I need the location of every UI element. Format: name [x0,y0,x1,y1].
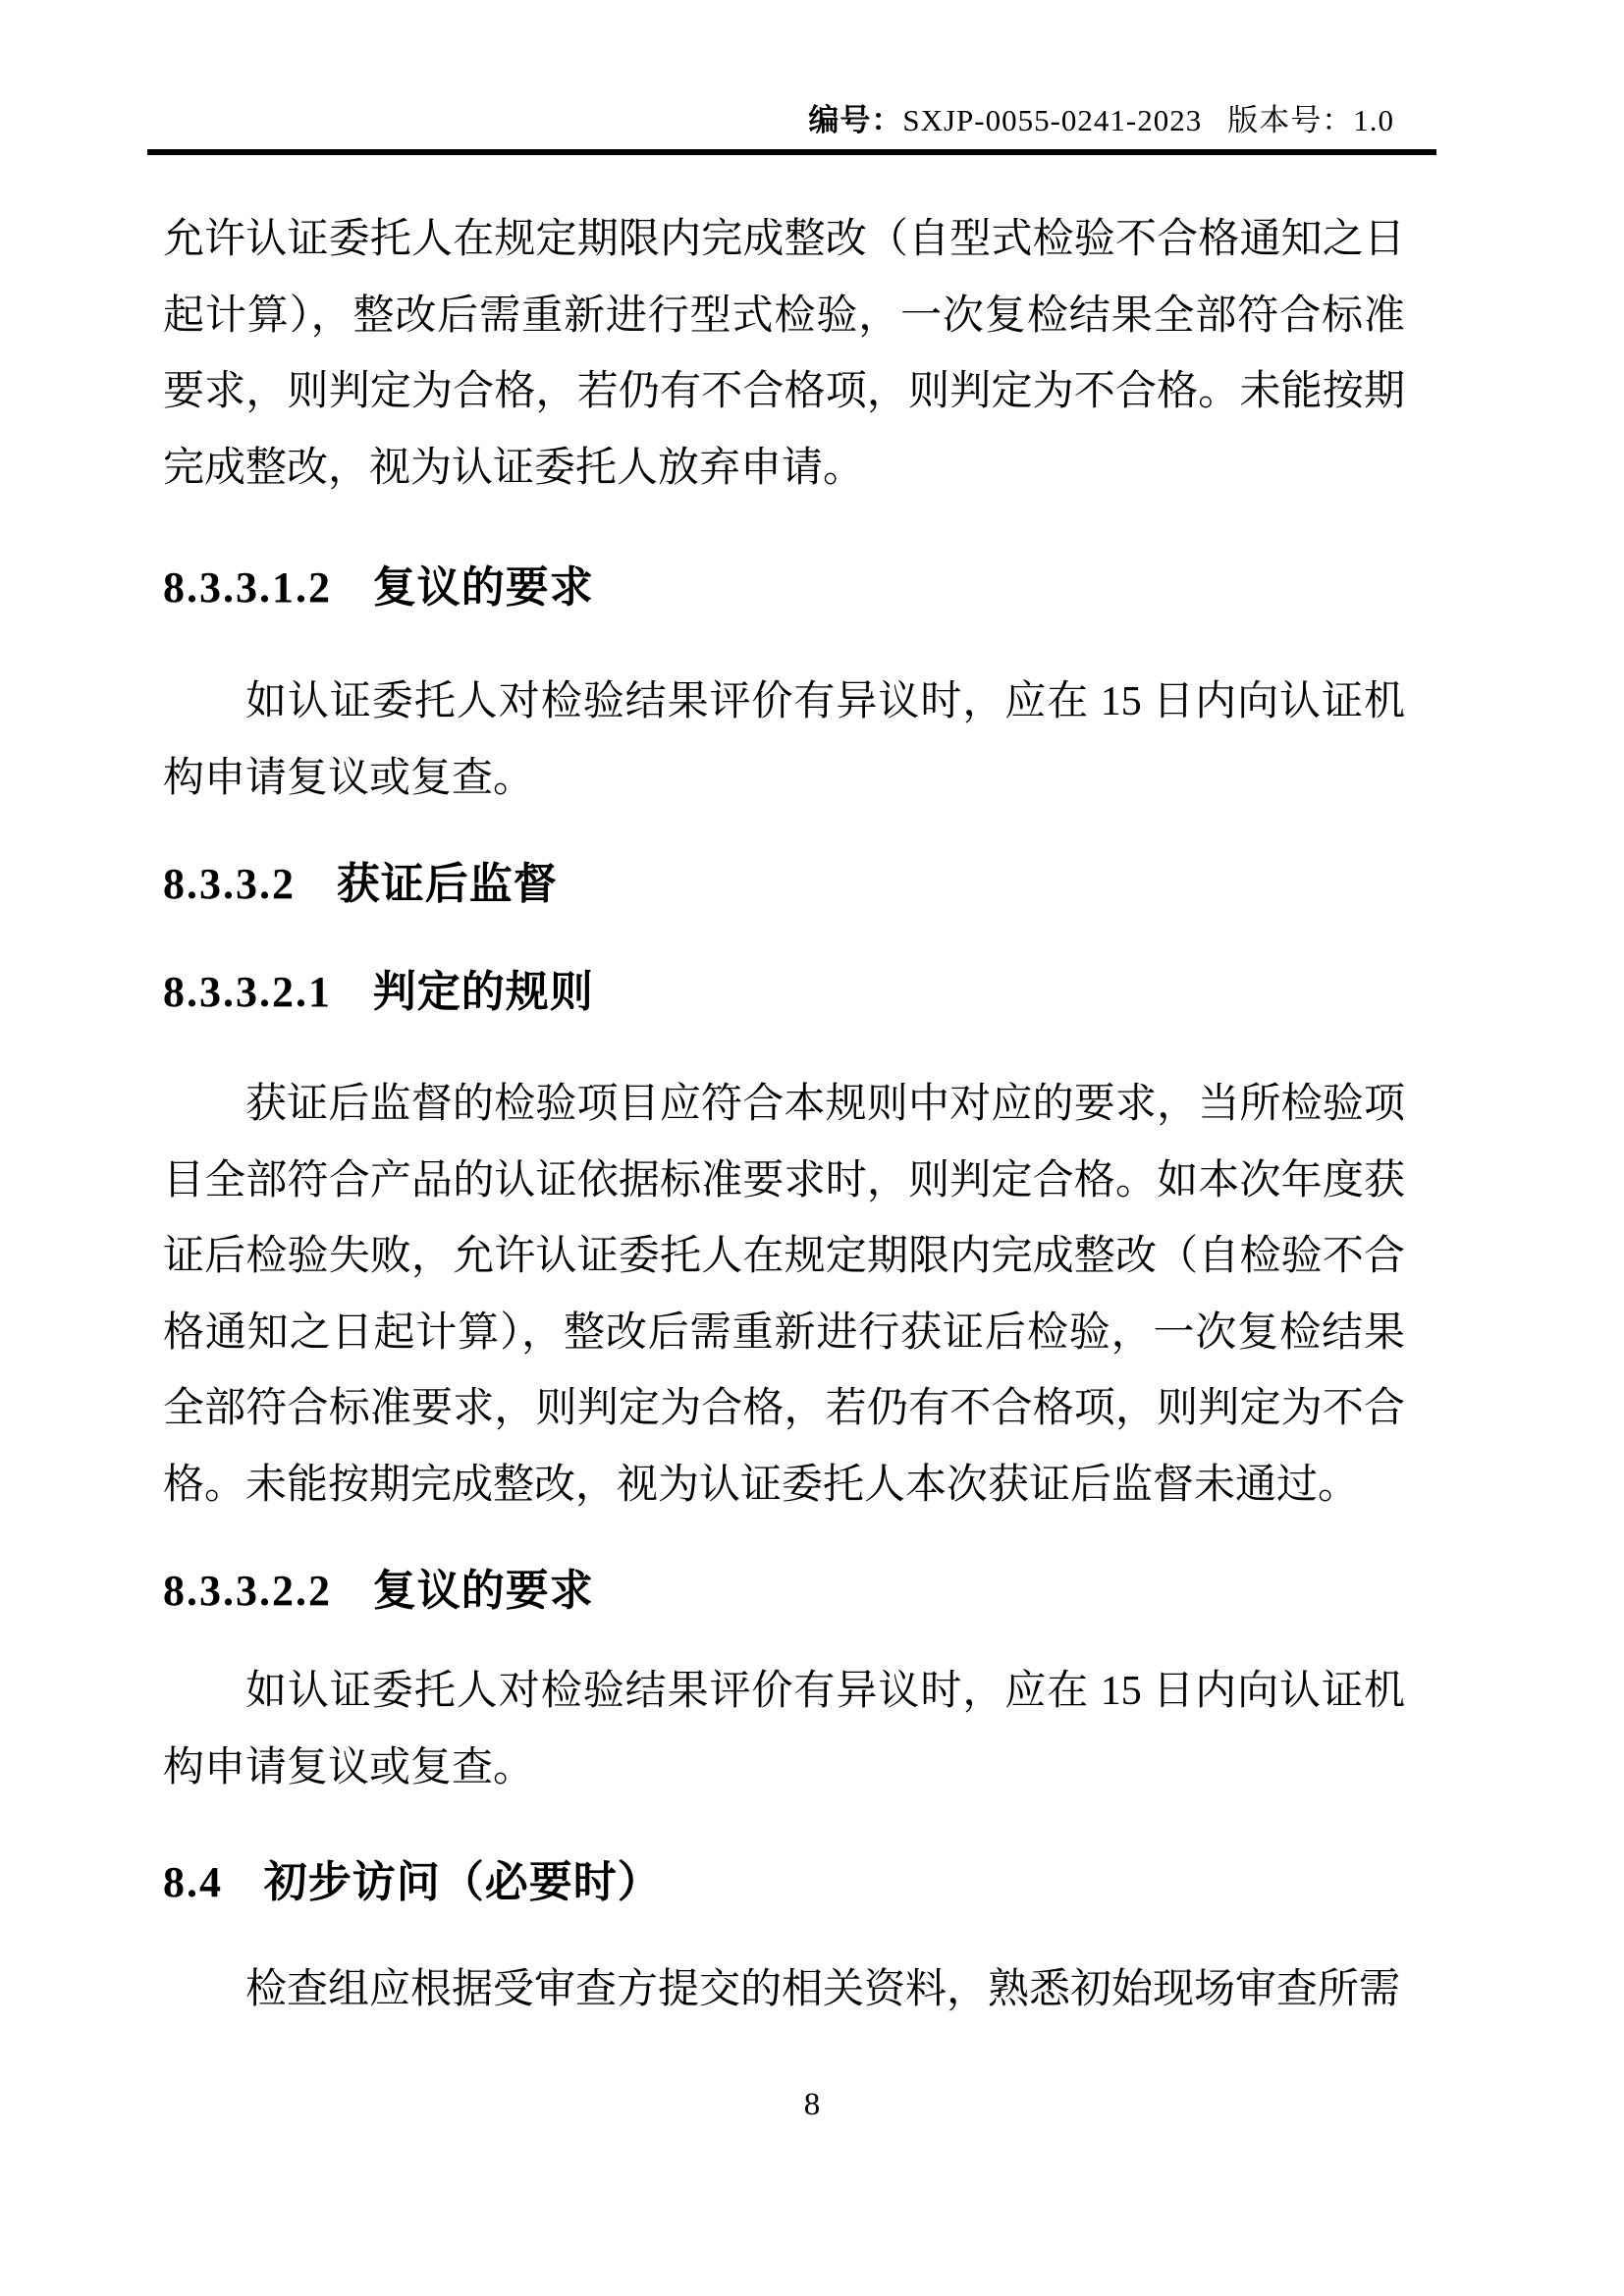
section-number: 8.3.3.2.1 [163,968,332,1016]
document-header: 编号：SXJP-0055-0241-2023版本号：1.0 [808,100,1394,141]
version-label: 版本号： [1227,103,1353,137]
section-heading-8-3-3-2-1: 8.3.3.2.1判定的规则 [163,954,1405,1031]
section-heading-8-3-3-2: 8.3.3.2获证后监督 [163,846,1405,923]
section-title: 初步访问（必要时） [264,1858,662,1906]
section-title: 判定的规则 [373,968,594,1016]
doc-number-label: 编号： [808,103,902,137]
header-divider-rule [147,149,1436,155]
section-number: 8.3.3.1.2 [163,563,332,612]
section-number: 8.3.3.2.2 [163,1567,332,1615]
section-title: 复议的要求 [373,1567,594,1615]
document-body: 允许认证委托人在规定期限内完成整改（自型式检验不合格通知之日起计算），整改后需重… [163,202,1405,2029]
doc-number-value: SXJP-0055-0241-2023 [902,103,1202,137]
version-value: 1.0 [1353,103,1394,137]
body-paragraph: 如认证委托人对检验结果评价有异议时，应在 15 日内向认证机构申请复议或复查。 [163,665,1405,817]
section-heading-8-3-3-1-2: 8.3.3.1.2复议的要求 [163,550,1405,626]
section-title: 获证后监督 [337,860,558,908]
body-paragraph: 检查组应根据受审查方提交的相关资料，熟悉初始现场审查所需 [163,1952,1405,2029]
page-number: 8 [0,2085,1624,2124]
section-heading-8-4: 8.4初步访问（必要时） [163,1844,1405,1921]
section-title: 复议的要求 [373,563,594,612]
body-paragraph: 如认证委托人对检验结果评价有异议时，应在 15 日内向认证机构申请复议或复查。 [163,1654,1405,1806]
section-number: 8.4 [163,1858,223,1906]
body-paragraph: 允许认证委托人在规定期限内完成整改（自型式检验不合格通知之日起计算），整改后需重… [163,202,1405,507]
body-paragraph: 获证后监督的检验项目应符合本规则中对应的要求，当所检验项目全部符合产品的认证依据… [163,1067,1405,1523]
document-page: 编号：SXJP-0055-0241-2023版本号：1.0 允许认证委托人在规定… [0,0,1624,2296]
section-number: 8.3.3.2 [163,860,296,908]
section-heading-8-3-3-2-2: 8.3.3.2.2复议的要求 [163,1553,1405,1629]
